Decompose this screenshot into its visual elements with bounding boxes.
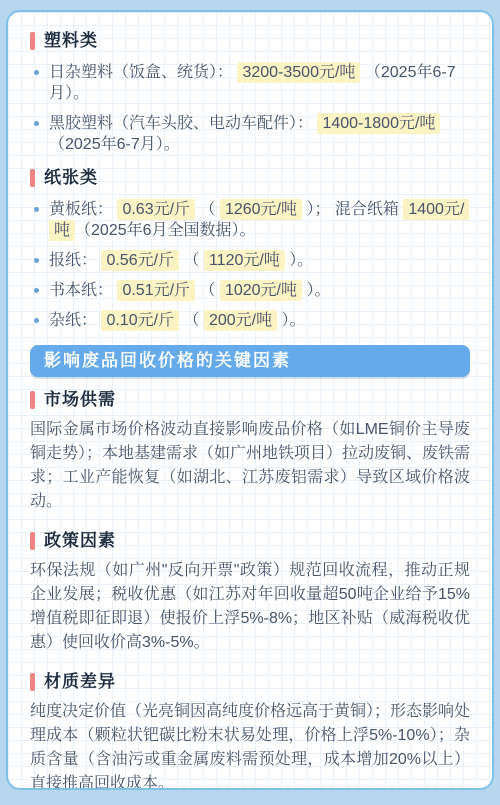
- bullet-dot-icon: [34, 70, 39, 75]
- red-bar-icon: [30, 673, 35, 691]
- bullet-dot-icon: [34, 288, 39, 293]
- factor-paragraph-policy: 环保法规（如广州"反向开票"政策）规范回收流程，推动正规企业发展；税收优惠（如江…: [30, 559, 470, 655]
- list-item-text: 黄板纸： 0.63元/斤 （ 1260元/吨 ）； 混合纸箱 1400元/吨（2…: [49, 199, 469, 241]
- section-title: 纸张类: [44, 168, 98, 188]
- list-item-text: 报纸： 0.56元/斤 （ 1120元/吨 ）。: [49, 250, 313, 271]
- red-bar-icon: [30, 169, 35, 187]
- list-item-text: 日杂塑料（饭盒、统货）： 3200-3500元/吨 （2025年6-7月）。: [49, 62, 456, 102]
- factor-title: 材质差异: [44, 672, 116, 692]
- bullet-dot-icon: [34, 121, 39, 126]
- list-item: 杂纸： 0.10元/斤 （ 200元/吨 ）。: [30, 310, 470, 331]
- section-header-paper: 纸张类: [30, 168, 470, 188]
- red-bar-icon: [30, 391, 35, 409]
- plastics-price-list: 日杂塑料（饭盒、统货）： 3200-3500元/吨 （2025年6-7月）。 黑…: [30, 62, 470, 155]
- bullet-dot-icon: [34, 207, 39, 212]
- list-item: 黑胶塑料（汽车头胶、电动车配件）： 1400-1800元/吨 （2025年6-7…: [30, 113, 470, 155]
- list-item: 报纸： 0.56元/斤 （ 1120元/吨 ）。: [30, 250, 470, 271]
- section-title: 塑料类: [44, 31, 98, 51]
- list-item: 黄板纸： 0.63元/斤 （ 1260元/吨 ）； 混合纸箱 1400元/吨（2…: [30, 199, 470, 241]
- list-item-text: 黑胶塑料（汽车头胶、电动车配件）： 1400-1800元/吨 （2025年6-7…: [49, 113, 440, 153]
- section-header-plastics: 塑料类: [30, 31, 470, 51]
- list-item-text: 杂纸： 0.10元/斤 （ 200元/吨 ）。: [49, 310, 306, 331]
- paper-price-list: 黄板纸： 0.63元/斤 （ 1260元/吨 ）； 混合纸箱 1400元/吨（2…: [30, 199, 470, 331]
- factor-title: 市场供需: [44, 390, 116, 410]
- factor-paragraph-market: 国际金属市场价格波动直接影响废品价格（如LME铜价主导废铜走势）；本地基建需求（…: [30, 418, 470, 514]
- list-item-text: 书本纸： 0.51元/斤 （ 1020元/吨 ）。: [49, 280, 330, 301]
- factor-paragraph-material: 纯度决定价值（光亮铜因高纯度价格远高于黄铜）；形态影响处理成本（颗粒状钯碳比粉末…: [30, 700, 470, 790]
- factor-header-material: 材质差异: [30, 672, 470, 692]
- red-bar-icon: [30, 532, 35, 550]
- factor-header-market: 市场供需: [30, 390, 470, 410]
- factor-header-policy: 政策因素: [30, 531, 470, 551]
- bullet-dot-icon: [34, 318, 39, 323]
- bullet-dot-icon: [34, 258, 39, 263]
- key-factors-banner: 影响废品回收价格的关键因素: [30, 345, 470, 377]
- list-item: 日杂塑料（饭盒、统货）： 3200-3500元/吨 （2025年6-7月）。: [30, 62, 470, 104]
- recycling-price-card: 塑料类 日杂塑料（饭盒、统货）： 3200-3500元/吨 （2025年6-7月…: [6, 10, 494, 790]
- red-bar-icon: [30, 32, 35, 50]
- factor-title: 政策因素: [44, 531, 116, 551]
- list-item: 书本纸： 0.51元/斤 （ 1020元/吨 ）。: [30, 280, 470, 301]
